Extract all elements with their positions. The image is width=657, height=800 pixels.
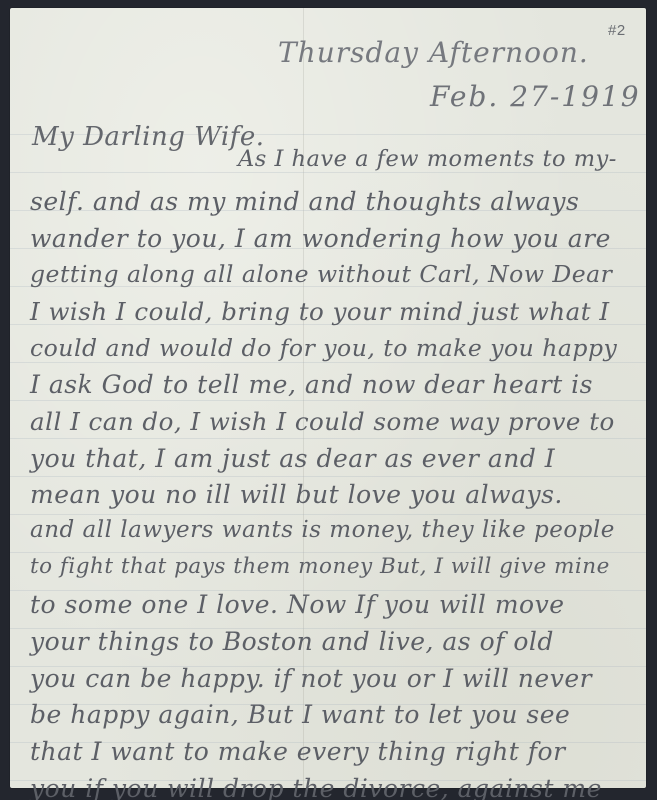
ruled-line <box>10 514 646 515</box>
letter-line: getting along all alone without Carl, No… <box>30 260 612 288</box>
letter-line: to fight that pays them money But, I wil… <box>30 554 610 579</box>
letter-line: and all lawyers wants is money, they lik… <box>30 517 615 543</box>
ruled-line <box>10 362 646 363</box>
letter-line: your things to Boston and live, as of ol… <box>30 627 554 656</box>
ruled-line <box>10 476 646 477</box>
letter-line: could and would do for you, to make you … <box>30 334 617 362</box>
letter-line: mean you no ill will but love you always… <box>30 480 563 509</box>
letter-line: be happy again, But I want to let you se… <box>30 700 570 729</box>
letter-line: wander to you, I am wondering how you ar… <box>30 224 611 253</box>
letter-line: self. and as my mind and thoughts always <box>30 187 579 216</box>
letter-line: you can be happy. if not you or I will n… <box>30 664 592 693</box>
ruled-line <box>10 552 646 553</box>
page-number: #2 <box>608 22 626 39</box>
letter-line: I ask God to tell me, and now dear heart… <box>30 370 593 399</box>
letter-line: that I want to make every thing right fo… <box>30 737 566 766</box>
letter-line: to some one I love. Now If you will move <box>30 590 565 619</box>
letter-line: you if you will drop the divorce, agains… <box>30 774 602 800</box>
letter-line: all I can do, I wish I could some way pr… <box>30 407 615 436</box>
ruled-line <box>10 438 646 439</box>
letter-line: I wish I could, bring to your mind just … <box>30 297 610 326</box>
ruled-line <box>10 172 646 173</box>
letter-line: you that, I am just as dear as ever and … <box>30 444 555 473</box>
ruled-line <box>10 400 646 401</box>
letter-page: #2 Thursday Afternoon. Feb. 27-1919 My D… <box>10 8 646 788</box>
salutation: My Darling Wife. <box>32 122 265 152</box>
letter-line: As I have a few moments to my- <box>238 146 617 172</box>
letter-heading-day: Thursday Afternoon. <box>278 36 589 69</box>
letter-heading-date: Feb. 27-1919 <box>430 80 641 113</box>
